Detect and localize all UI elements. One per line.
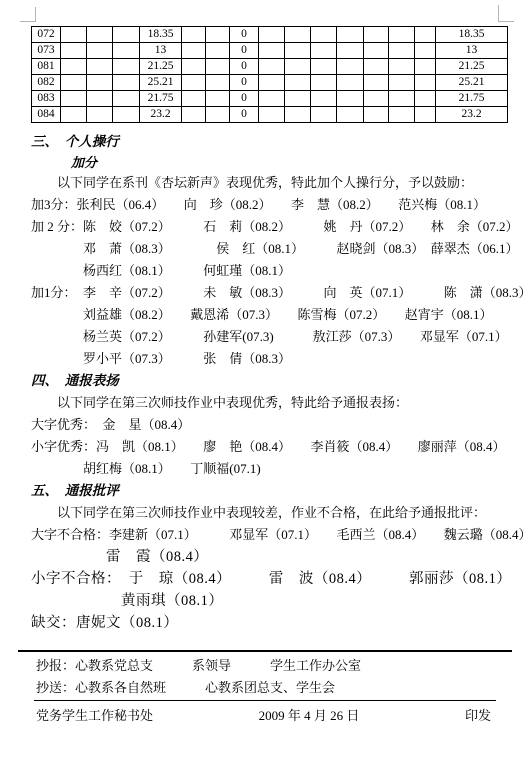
table-cell: 23.2 — [140, 107, 182, 123]
table-cell — [389, 59, 415, 75]
table-cell — [87, 107, 113, 123]
table-cell — [113, 27, 140, 43]
table-cell — [87, 91, 113, 107]
table-cell — [182, 107, 206, 123]
issue-date: 2009 年 4 月 26 日 — [259, 706, 360, 726]
table-cell: 073 — [32, 43, 61, 59]
table-cell — [337, 91, 364, 107]
table-cell — [259, 75, 285, 91]
table-cell: 0 — [230, 75, 259, 91]
bonus-line: 刘益雄（08.2） 戴恩浠（07.3） 陈雪梅（07.2） 赵宵宇（08.1） — [31, 304, 499, 326]
table-cell — [389, 75, 415, 91]
section-4-heading: 四、 通报表扬 — [31, 370, 499, 392]
table-cell — [113, 91, 140, 107]
score-table-body: 07218.35018.350731301308121.25021.250822… — [32, 27, 508, 123]
table-cell — [206, 91, 230, 107]
table-cell: 21.75 — [140, 91, 182, 107]
table-cell — [337, 27, 364, 43]
table-cell — [113, 75, 140, 91]
table-cell — [415, 91, 436, 107]
document-page: 07218.35018.350731301308121.25021.250822… — [0, 0, 526, 773]
table-cell — [389, 107, 415, 123]
table-cell — [259, 107, 285, 123]
table-row: 07218.35018.35 — [32, 27, 508, 43]
criticism-line: 小字不合格： 于 琼（08.4） 雷 波（08.4） 郭丽莎（08.1） — [31, 568, 499, 590]
table-cell — [311, 27, 337, 43]
table-cell — [364, 75, 389, 91]
issuer-label: 党务学生工作秘书处 — [36, 706, 153, 726]
table-row: 08321.75021.75 — [32, 91, 508, 107]
table-cell — [61, 59, 87, 75]
table-cell — [113, 107, 140, 123]
table-cell — [337, 59, 364, 75]
table-cell — [206, 59, 230, 75]
table-row: 07313013 — [32, 43, 508, 59]
section-3-subheading: 加分 — [31, 153, 499, 172]
table-cell: 0 — [230, 91, 259, 107]
bonus-line: 加3分：张利民（06.4） 向 珍（08.2） 李 慧（08.2） 范兴梅（08… — [31, 194, 499, 216]
table-cell: 21.25 — [140, 59, 182, 75]
criticism-line: 大字不合格：李建新（07.1） 邓显军（07.1） 毛西兰（08.4） 魏云璐（… — [31, 524, 499, 546]
table-cell: 084 — [32, 107, 61, 123]
table-cell — [364, 91, 389, 107]
bonus-line: 杨西红（08.1） 何虹瑾（08.1） — [31, 260, 499, 282]
criticism-line: 雷 霞（08.4） — [31, 546, 499, 568]
table-cell — [311, 59, 337, 75]
table-row: 08423.2023.2 — [32, 107, 508, 123]
table-row: 08225.21025.21 — [32, 75, 508, 91]
table-cell: 082 — [32, 75, 61, 91]
table-cell — [61, 91, 87, 107]
criticism-line: 黄雨琪（08.1） — [31, 590, 499, 612]
table-cell — [389, 43, 415, 59]
table-cell — [206, 107, 230, 123]
copy-report-line: 抄报：心教系党总支 系领导 学生工作办公室 — [36, 656, 361, 676]
table-cell — [415, 59, 436, 75]
table-cell — [87, 43, 113, 59]
section-3-intro: 以下同学在系刊《杏坛新声》表现优秀，特此加个人操行分，予以鼓励： — [31, 172, 499, 194]
table-cell — [87, 27, 113, 43]
table-cell — [285, 27, 311, 43]
table-cell: 18.35 — [436, 27, 508, 43]
table-cell — [259, 27, 285, 43]
table-cell — [259, 59, 285, 75]
table-cell — [182, 43, 206, 59]
table-cell — [415, 43, 436, 59]
section-5-heading: 五、 通报批评 — [31, 480, 499, 502]
table-cell: 25.21 — [140, 75, 182, 91]
commend-line: 大字优秀： 金 星（08.4） — [31, 414, 499, 436]
document-body: 三、 个人操行 加分 以下同学在系刊《杏坛新声》表现优秀，特此加个人操行分，予以… — [31, 131, 499, 634]
table-cell — [61, 107, 87, 123]
bonus-line: 加 2 分：陈 姣（07.2） 石 莉（08.2） 姚 丹（07.2） 林 余（… — [31, 216, 499, 238]
commend-line: 胡红梅（08.1） 丁顺福(07.1) — [31, 458, 499, 480]
table-cell — [113, 59, 140, 75]
margin-mark-top-left-horizontal — [20, 21, 36, 22]
table-cell — [206, 27, 230, 43]
bonus-line: 邓 萧（08.3） 侯 红（08.1） 赵晓剑（08.3） 薛翠杰（06.1） — [31, 238, 499, 260]
table-cell — [285, 59, 311, 75]
table-cell — [311, 91, 337, 107]
table-cell: 21.75 — [436, 91, 508, 107]
table-cell: 072 — [32, 27, 61, 43]
table-cell: 083 — [32, 91, 61, 107]
table-cell — [364, 27, 389, 43]
table-cell: 0 — [230, 43, 259, 59]
commend-line: 小字优秀：冯 凯（08.1） 廖 艳（08.4） 李肖筱（08.4） 廖丽萍（0… — [31, 436, 499, 458]
table-cell: 081 — [32, 59, 61, 75]
table-cell — [182, 75, 206, 91]
table-cell — [61, 43, 87, 59]
table-cell — [415, 107, 436, 123]
table-cell — [206, 75, 230, 91]
margin-mark-top-left-vertical — [35, 7, 36, 22]
score-table: 07218.35018.350731301308121.25021.250822… — [31, 26, 508, 123]
margin-mark-top-right-vertical — [498, 5, 499, 22]
table-cell — [415, 75, 436, 91]
table-cell — [364, 107, 389, 123]
print-label: 印发 — [465, 706, 491, 726]
footer-top-rule — [18, 650, 512, 652]
table-cell — [389, 27, 415, 43]
footer-bottom-rule — [34, 700, 496, 701]
table-cell: 13 — [436, 43, 508, 59]
table-cell — [182, 91, 206, 107]
copy-send-line: 抄送：心教系各自然班 心教系团总支、学生会 — [36, 678, 335, 698]
table-cell — [364, 59, 389, 75]
table-row: 08121.25021.25 — [32, 59, 508, 75]
table-cell — [389, 91, 415, 107]
table-cell — [285, 107, 311, 123]
table-cell: 0 — [230, 107, 259, 123]
table-cell — [337, 43, 364, 59]
table-cell — [285, 75, 311, 91]
section-4-intro: 以下同学在第三次师技作业中表现优秀，特此给予通报表扬： — [31, 392, 499, 414]
table-cell — [285, 43, 311, 59]
section-5-intro: 以下同学在第三次师技作业中表现较差，作业不合格，在此给予通报批评： — [31, 502, 499, 524]
table-cell: 18.35 — [140, 27, 182, 43]
table-cell: 0 — [230, 59, 259, 75]
table-cell — [311, 75, 337, 91]
table-cell — [364, 43, 389, 59]
table-cell: 13 — [140, 43, 182, 59]
table-cell — [311, 43, 337, 59]
table-cell: 25.21 — [436, 75, 508, 91]
table-cell — [285, 91, 311, 107]
table-cell: 21.25 — [436, 59, 508, 75]
table-cell: 0 — [230, 27, 259, 43]
table-cell — [337, 107, 364, 123]
table-cell — [259, 91, 285, 107]
table-cell — [87, 75, 113, 91]
bonus-line: 罗小平（07.3） 张 倩（08.3） — [31, 348, 499, 370]
margin-mark-top-right-horizontal — [498, 21, 514, 22]
section-3-heading: 三、 个人操行 — [31, 131, 499, 153]
table-cell — [311, 107, 337, 123]
table-cell — [87, 59, 113, 75]
table-cell — [113, 43, 140, 59]
table-cell: 23.2 — [436, 107, 508, 123]
table-cell — [415, 27, 436, 43]
table-cell — [61, 27, 87, 43]
table-cell — [259, 43, 285, 59]
table-cell — [206, 43, 230, 59]
bonus-line: 加1分： 李 辛（07.2） 未 敏（08.3） 向 英（07.1） 陈 潇（0… — [31, 282, 499, 304]
table-cell — [182, 59, 206, 75]
missing-submission-line: 缺交：唐妮文（08.1） — [31, 612, 499, 634]
table-cell — [337, 75, 364, 91]
table-cell — [182, 27, 206, 43]
table-cell — [61, 75, 87, 91]
bonus-line: 杨兰英（07.2） 孙建军(07.3) 敖江莎（07.3） 邓显军（07.1） — [31, 326, 499, 348]
